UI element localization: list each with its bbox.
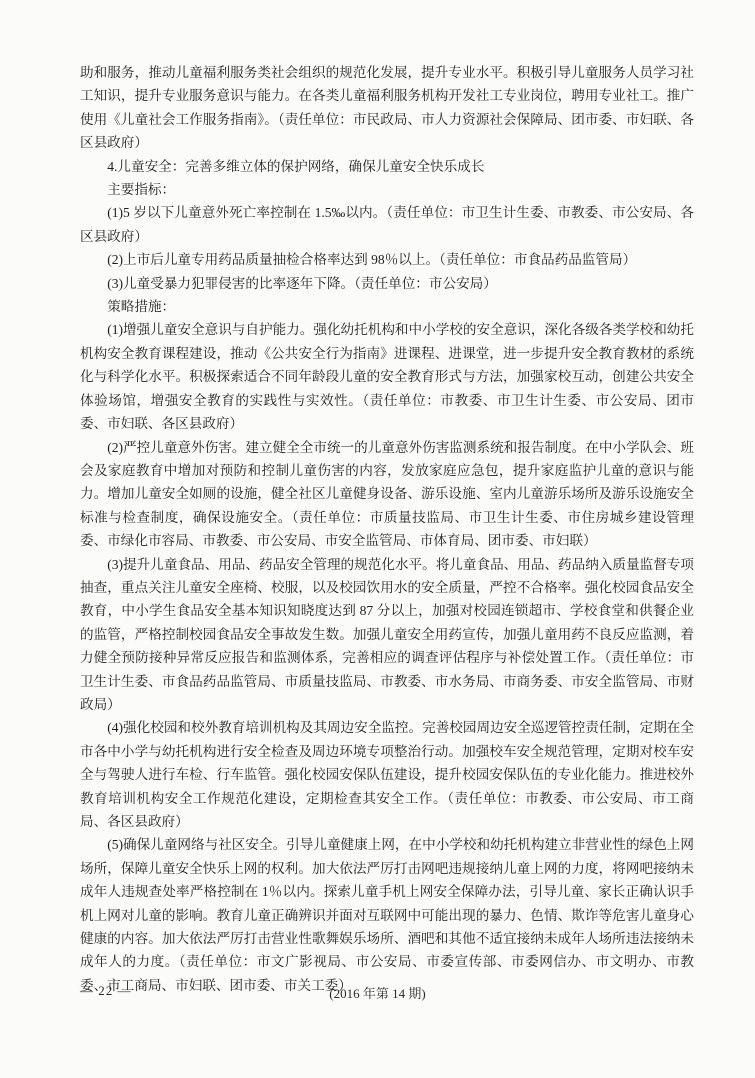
body-paragraph: (2)上市后儿童专用药品质量抽检合格率达到 98％以上。（责任单位：市食品药品监… <box>80 248 694 271</box>
body-paragraph: (1)5 岁以下儿童意外死亡率控制在 1.5‰以内。（责任单位：市卫生计生委、市… <box>80 201 694 248</box>
body-paragraph: (2)严控儿童意外伤害。建立健全全市统一的儿童意外伤害监测系统和报告制度。在中小… <box>80 436 694 553</box>
body-paragraph: (1)增强儿童安全意识与自护能力。强化幼托机构和中小学校的安全意识，深化各级各类… <box>80 318 694 435</box>
document-page: 助和服务，推动儿童福利服务类社会组织的规范化发展，提升专业水平。积极引导儿童服务… <box>0 0 755 1078</box>
body-paragraph: (3)儿童受暴力犯罪侵害的比率逐年下降。（责任单位：市公安局） <box>80 272 694 295</box>
document-body: 助和服务，推动儿童福利服务类社会组织的规范化发展，提升专业水平。积极引导儿童服务… <box>80 61 694 997</box>
issue-label: (2016 年第 14 期) <box>0 983 755 1002</box>
body-paragraph: (5)确保儿童网络与社区安全。引导儿童健康上网，在中小学校和幼托机构建立非营业性… <box>80 833 694 997</box>
page-footer: — 22 — (2016 年第 14 期) <box>0 983 755 1003</box>
body-paragraph: (3)提升儿童食品、用品、药品安全管理的规范化水平。将儿童食品、用品、药品纳入质… <box>80 553 694 717</box>
body-paragraph: (4)强化校园和校外教育培训机构及其周边安全监控。完善校园周边安全巡逻管控责任制… <box>80 716 694 833</box>
body-paragraph: 助和服务，推动儿童福利服务类社会组织的规范化发展，提升专业水平。积极引导儿童服务… <box>80 61 694 155</box>
section-label: 策略措施： <box>80 295 694 318</box>
section-heading: 4.儿童安全：完善多维立体的保护网络，确保儿童安全快乐成长 <box>80 155 694 178</box>
section-label: 主要指标： <box>80 178 694 201</box>
